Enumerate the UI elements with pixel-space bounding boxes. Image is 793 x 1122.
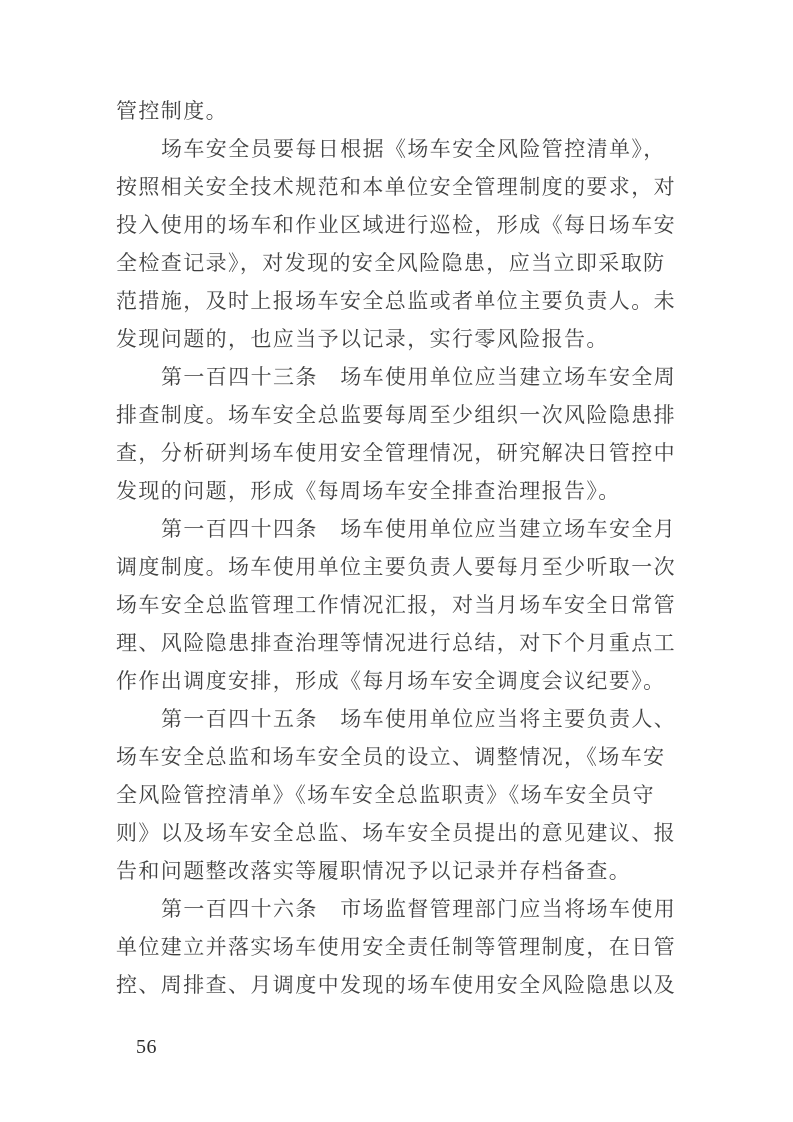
text-line: 范措施，及时上报场车安全总监或者单位主要负责人。未 (116, 282, 682, 320)
text-line: 第一百四十四条 场车使用单位应当建立场车安全月 (116, 510, 682, 548)
text-line: 调度制度。场车使用单位主要负责人要每月至少听取一次 (116, 548, 682, 586)
text-line: 告和问题整改落实等履职情况予以记录并存档备查。 (116, 852, 682, 890)
text-line: 发现问题的，也应当予以记录，实行零风险报告。 (116, 320, 682, 358)
text-line: 投入使用的场车和作业区域进行巡检，形成《每日场车安 (116, 206, 682, 244)
text-line: 场车安全员要每日根据《场车安全风险管控清单》， (116, 130, 682, 168)
text-line: 作作出调度安排，形成《每月场车安全调度会议纪要》。 (116, 662, 682, 700)
text-line: 管控制度。 (116, 92, 682, 130)
text-line: 理、风险隐患排查治理等情况进行总结，对下个月重点工 (116, 624, 682, 662)
text-line: 按照相关安全技术规范和本单位安全管理制度的要求，对 (116, 168, 682, 206)
text-line: 控、周排查、月调度中发现的场车使用安全风险隐患以及 (116, 966, 682, 1004)
document-page: 管控制度。场车安全员要每日根据《场车安全风险管控清单》，按照相关安全技术规范和本… (0, 0, 793, 1122)
text-line: 则》以及场车安全总监、场车安全员提出的意见建议、报 (116, 814, 682, 852)
page-number: 56 (136, 1033, 157, 1061)
text-line: 场车安全总监管理工作情况汇报，对当月场车安全日常管 (116, 586, 682, 624)
text-line: 发现的问题，形成《每周场车安全排查治理报告》。 (116, 472, 682, 510)
text-line: 全检查记录》，对发现的安全风险隐患，应当立即采取防 (116, 244, 682, 282)
text-line: 第一百四十六条 市场监督管理部门应当将场车使用 (116, 890, 682, 928)
text-line: 第一百四十三条 场车使用单位应当建立场车安全周 (116, 358, 682, 396)
text-line: 场车安全总监和场车安全员的设立、调整情况，《场车安 (116, 738, 682, 776)
text-line: 查，分析研判场车使用安全管理情况，研究解决日管控中 (116, 434, 682, 472)
text-line: 单位建立并落实场车使用安全责任制等管理制度，在日管 (116, 928, 682, 966)
text-line: 排查制度。场车安全总监要每周至少组织一次风险隐患排 (116, 396, 682, 434)
page-text-block: 管控制度。场车安全员要每日根据《场车安全风险管控清单》，按照相关安全技术规范和本… (116, 92, 682, 1004)
text-line: 全风险管控清单》《场车安全总监职责》《场车安全员守 (116, 776, 682, 814)
text-line: 第一百四十五条 场车使用单位应当将主要负责人、 (116, 700, 682, 738)
